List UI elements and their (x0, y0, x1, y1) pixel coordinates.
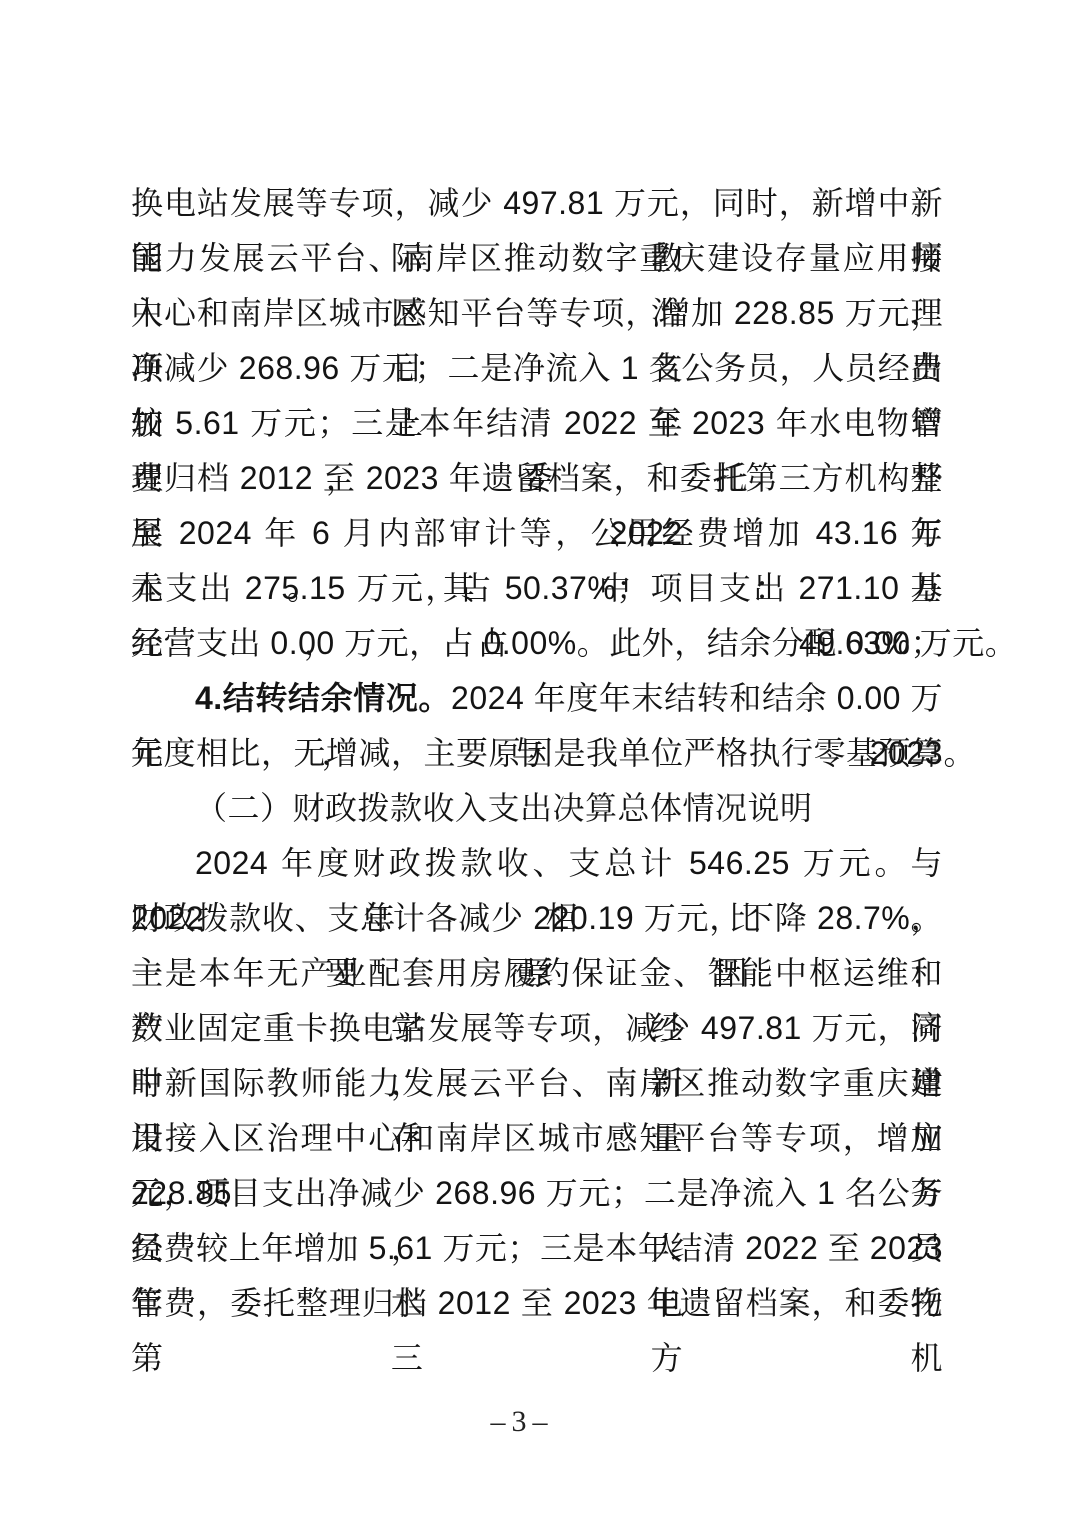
body-text-line: 经费较上年增加 5.61 万元；三是本年结清 2022 至 2023 年水电物 (131, 1221, 943, 1276)
body-text-line: 一是本年无产业配套用房履约保证金、智能中枢运维和数字经济 (131, 946, 943, 1001)
body-text-line: 年度相比，无增减，主要原因是我单位严格执行零基预算。 (131, 726, 943, 781)
body-text-line: 中新国际教师能力发展云平台、南岸区推动数字重庆建设存量应 (131, 1056, 943, 1111)
body-text-line: 能力发展云平台、南岸区推动数字重庆建设存量应用接入区治理 (131, 231, 943, 286)
body-text-line: 至 2024 年 6 月内部审计等，公用经费增加 43.16 万元。其中：基 (131, 506, 943, 561)
page-body-text: 换电站发展等专项，减少 497.81 万元，同时，新增中新国际教师 能力发展云平… (131, 176, 943, 1331)
body-text-line: 净减少 268.96 万元；二是净流入 1 名公务员，人员经费较上年增 (131, 341, 943, 396)
body-text-line-paragraph-start: 4.结转结余情况。2024 年度年末结转和结余 0.00 万元，与 2023 (131, 671, 943, 726)
body-text-line: 管费，委托整理归档 2012 至 2023 年遗留档案，和委托第三方机 (131, 1276, 943, 1331)
body-text-line: 用接入区治理中心和南岸区城市感知平台等专项，增加 228.85 万 (131, 1111, 943, 1166)
body-text-line: 本支出 275.15 万元，占 50.37%；项目支出 271.10 万元，占 … (131, 561, 943, 616)
body-text-line: 换电站发展等专项，减少 497.81 万元，同时，新增中新国际教师 (131, 176, 943, 231)
section-heading: （二）财政拨款收入支出决算总体情况说明 (131, 781, 943, 836)
body-text-line: 加 5.61 万元；三是本年结清 2022 至 2023 年水电物管费，委托整 (131, 396, 943, 451)
body-text-line: 财政拨款收、支总计各减少 220.19 万元，下降 28.7%。主要原因： (131, 891, 943, 946)
bold-section-lead: 4.结转结余情况。 (195, 680, 451, 716)
body-text-line: 理归档 2012 至 2023 年遗留档案，和委托第三方机构开展 2022 年 (131, 451, 943, 506)
body-text-line: 元，项目支出净减少 268.96 万元；二是净流入 1 名公务员，人员 (131, 1166, 943, 1221)
body-text-line: 产业固定重卡换电站发展等专项，减少 497.81 万元，同时，新增 (131, 1001, 943, 1056)
document-page: 换电站发展等专项，减少 497.81 万元，同时，新增中新国际教师 能力发展云平… (0, 0, 1074, 1520)
body-text-line-paragraph-start: 2024 年度财政拨款收、支总计 546.25 万元。与 2022 年相比， (131, 836, 943, 891)
page-number: –3– (0, 1405, 1044, 1439)
body-text-line: 中心和南岸区城市感知平台等专项，增加 228.85 万元，项目支出 (131, 286, 943, 341)
body-text-line: 经营支出 0.00 万元，占 0.00%。此外，结余分配 0.00 万元。 (131, 616, 943, 671)
